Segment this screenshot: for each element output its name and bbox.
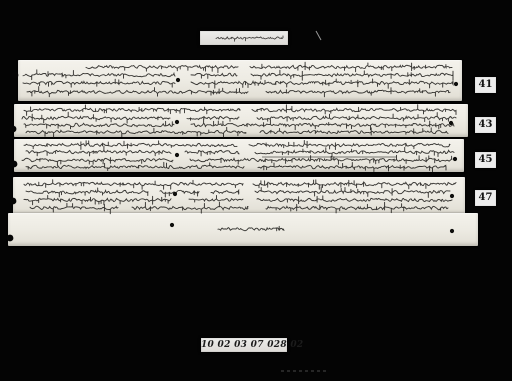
leaf-number-badge-43: 43: [475, 117, 496, 133]
leaf-strip-4: [13, 177, 465, 214]
title-slip: [200, 31, 288, 45]
leaf-strip-1: [18, 60, 462, 101]
leaf-strip-5: [8, 213, 478, 246]
leaf-strip-2: [14, 104, 468, 137]
manuscript-photo: 41 43 45 47 10 02 03 07 028 02: [0, 0, 512, 381]
leaf-number-badge-45: 45: [475, 152, 496, 168]
shelfmark-slip: 10 02 03 07 028 02: [201, 338, 287, 352]
leaf-number-badge-41: 41: [475, 77, 496, 93]
leaf-number-badge-47: 47: [475, 190, 496, 206]
shelfmark-text: 10 02 03 07 028 02: [201, 340, 303, 350]
leaf-strip-3: [14, 139, 464, 172]
